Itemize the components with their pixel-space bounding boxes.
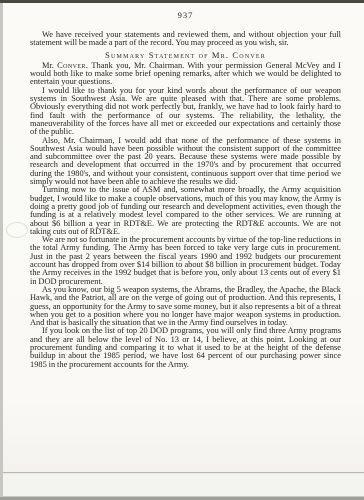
underlying-page-edge [3, 474, 364, 497]
paragraph-text: As you know, our big 5 weapon systems, t… [30, 285, 341, 327]
paragraph-text: We are not so fortunate in the procureme… [30, 235, 341, 285]
paragraph-kind-words: I would like to thank you for your kind … [30, 87, 341, 137]
page: 937 We have received your statements and… [3, 3, 364, 473]
paragraph-text: I would like to thank you for your kind … [30, 86, 341, 136]
paragraph-big-five-systems: As you know, our big 5 weapon systems, t… [30, 286, 341, 327]
paragraph-text: If you look on the list of top 20 DOD pr… [30, 326, 341, 368]
scan-artifact-mark [6, 222, 28, 238]
paragraph-top-20-programs: If you look on the list of top 20 DOD pr… [30, 327, 341, 368]
paragraph-text: Turning now to the issue of ASM and, som… [30, 185, 341, 235]
paragraph-asm-budget: Turning now to the issue of ASM and, som… [30, 186, 341, 236]
page-number: 937 [30, 10, 341, 20]
paragraph-conver-opening: Mr. Conver. Thank you, Mr. Chairman. Wit… [30, 62, 341, 87]
page-body-text: We have received your statements and rev… [30, 31, 341, 369]
section-heading: Summary Statement of Mr. Conver [30, 51, 341, 59]
paragraph-chairman-closing: We have received your statements and rev… [30, 31, 341, 48]
paragraph-text: Also, Mr. Chairman, I would add that non… [30, 136, 341, 186]
paragraph-text: We have received your statements and rev… [30, 30, 341, 47]
paragraph-procurement-cuts: We are not so fortunate in the procureme… [30, 236, 341, 286]
scanned-document-page: 937 We have received your statements and… [0, 0, 364, 500]
paragraph-committee-support: Also, Mr. Chairman, I would add that non… [30, 137, 341, 187]
